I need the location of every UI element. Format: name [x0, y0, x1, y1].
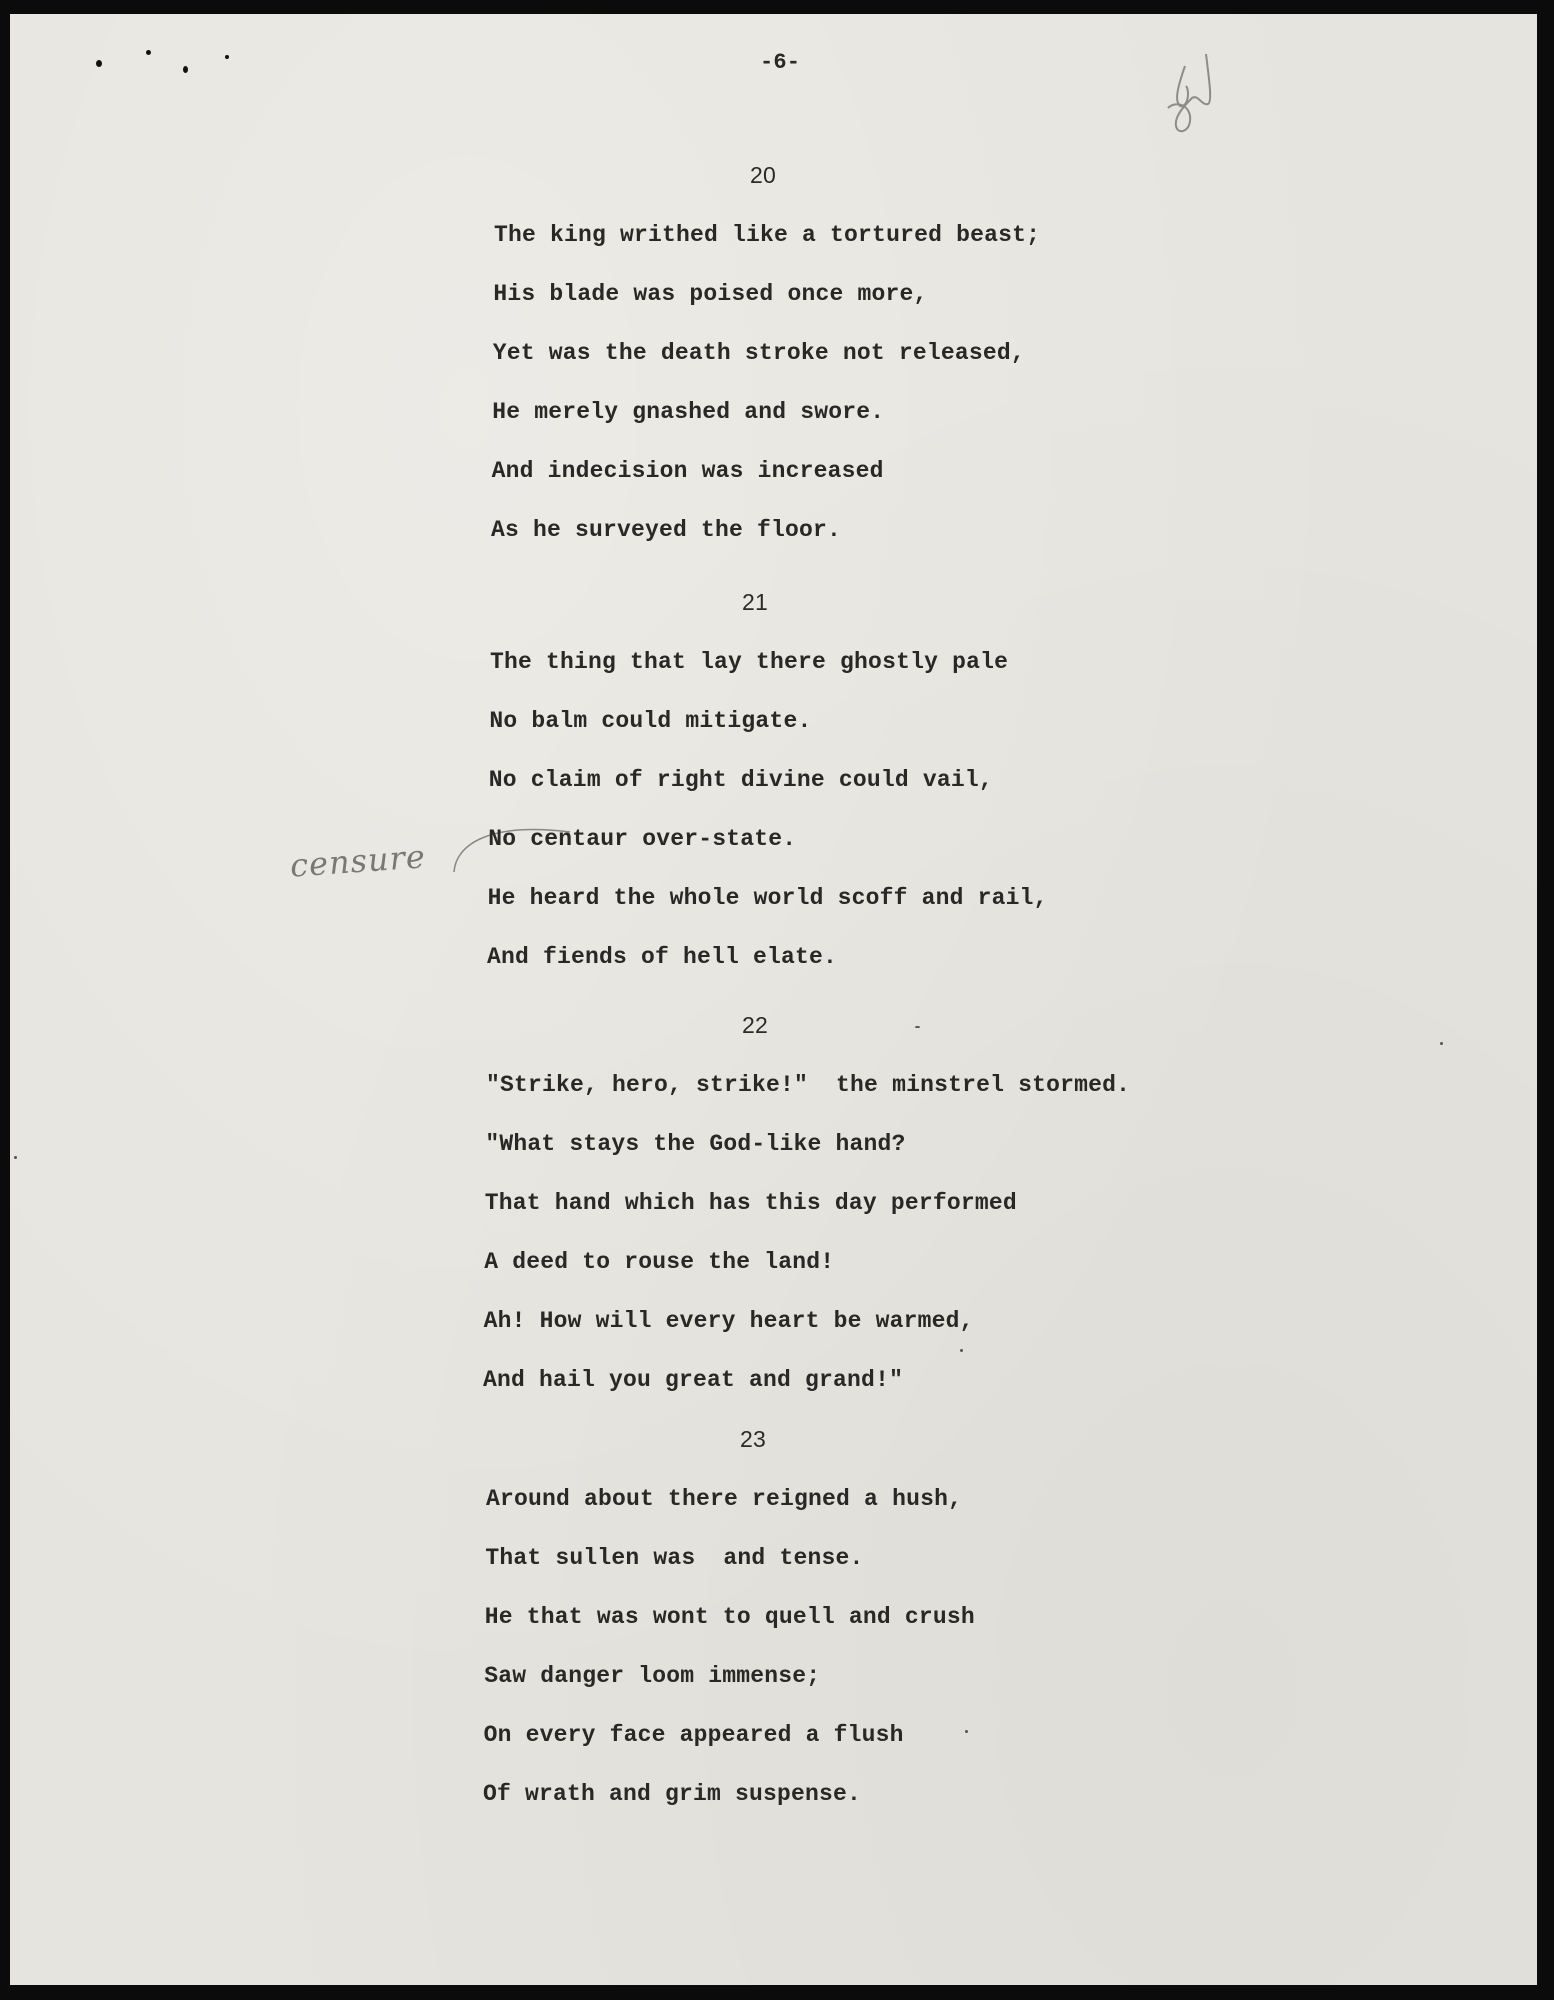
verse-line: As he surveyed the floor. — [491, 519, 841, 542]
marginal-note: censure — [289, 837, 427, 884]
verse-line: "Strike, hero, strike!" the minstrel sto… — [486, 1074, 1130, 1097]
verse-line: And indecision was increased — [492, 460, 884, 483]
ink-dot — [96, 60, 102, 67]
verse-line: No centaur over-state. — [488, 828, 796, 851]
verse-line: Of wrath and grim suspense. — [483, 1783, 861, 1806]
verse-line: On every face appeared a flush — [484, 1724, 904, 1747]
ink-dot — [183, 66, 188, 73]
verse-line: And fiends of hell elate. — [487, 946, 837, 969]
verse-line: No claim of right divine could vail, — [489, 769, 993, 792]
paper-speck — [960, 1349, 963, 1352]
typewritten-page: -6- censure 20The king writhed like a to… — [10, 14, 1537, 1985]
paper-speck — [1440, 1042, 1443, 1045]
verse-line: Saw danger loom immense; — [484, 1665, 820, 1688]
verse-line: "What stays the God-like hand? — [485, 1133, 905, 1156]
verse-line: No balm could mitigate. — [489, 710, 811, 733]
verse-line: He heard the whole world scoff and rail, — [488, 887, 1048, 910]
verse-line: A deed to rouse the land! — [484, 1251, 834, 1274]
verse-line: Ah! How will every heart be warmed, — [484, 1310, 974, 1333]
verse-line: His blade was poised once more, — [493, 283, 927, 306]
paper-speck — [965, 1730, 968, 1733]
stanza-number: 21 — [742, 591, 768, 614]
verse-line: And hail you great and grand!" — [483, 1369, 903, 1392]
ink-dot — [225, 55, 229, 59]
verse-line: He merely gnashed and swore. — [492, 401, 884, 424]
verse-line: That hand which has this day performed — [485, 1192, 1017, 1215]
verse-line: Yet was the death stroke not released, — [493, 342, 1025, 365]
ink-dot — [146, 50, 151, 55]
verse-line: The thing that lay there ghostly pale — [490, 651, 1008, 674]
stanza-number: 20 — [750, 164, 776, 187]
verse-line: The king writhed like a tortured beast; — [494, 224, 1040, 247]
verse-line: That sullen was and tense. — [485, 1547, 863, 1570]
verse-line: He that was wont to quell and crush — [485, 1606, 975, 1629]
paper-speck — [915, 1026, 920, 1028]
page-number: -6- — [760, 52, 800, 74]
handwritten-initials-icon — [1160, 46, 1220, 136]
stanza-number: 22 — [742, 1014, 768, 1037]
paper-speck — [14, 1156, 17, 1159]
verse-line: Around about there reigned a hush, — [486, 1488, 962, 1511]
stanza-number: 23 — [740, 1428, 766, 1451]
